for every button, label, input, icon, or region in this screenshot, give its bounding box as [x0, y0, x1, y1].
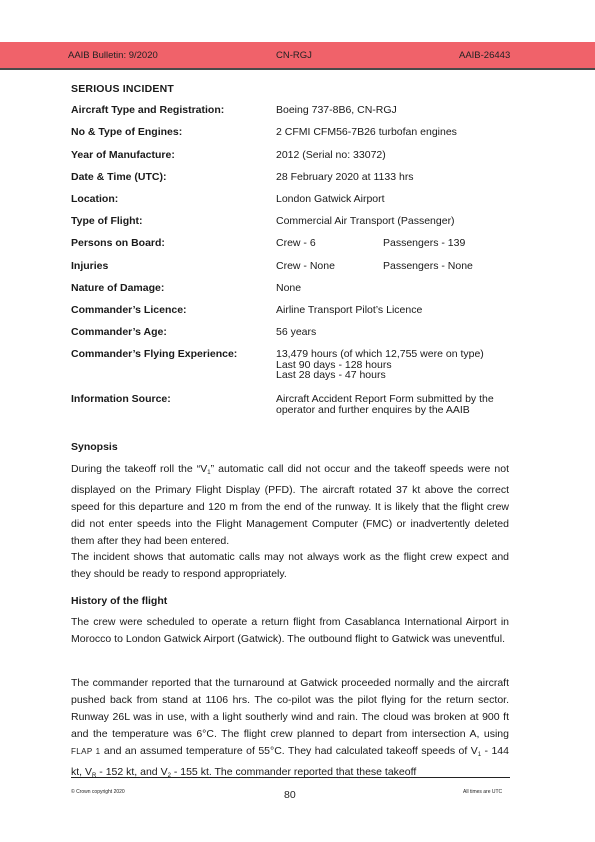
fact-value-line: operator and further enquires by the AAI… — [276, 405, 470, 417]
fact-label: Injuries — [71, 261, 108, 273]
history-paragraph-2: The commander reported that the turnarou… — [71, 675, 509, 784]
fact-value-secondary: Passengers - None — [383, 261, 473, 273]
footer-copyright: © Crown copyright 2020 — [71, 789, 125, 795]
fact-label: Location: — [71, 194, 118, 206]
incident-classification-title: SERIOUS INCIDENT — [71, 83, 174, 95]
fact-value: 2012 (Serial no: 33072) — [276, 150, 386, 162]
fact-value: None — [276, 283, 301, 295]
fact-value: Airline Transport Pilot’s Licence — [276, 305, 422, 317]
footer-time-note: All times are UTC — [463, 789, 502, 795]
fact-label: Aircraft Type and Registration: — [71, 105, 224, 117]
text-run: ” automatic call did not occur and the t… — [71, 463, 509, 547]
fact-label: Nature of Damage: — [71, 283, 164, 295]
history-paragraph-1: The crew were scheduled to operate a ret… — [71, 614, 509, 648]
report-reference: AAIB-26443 — [459, 50, 510, 61]
synopsis-paragraph-1: During the takeoff roll the “V1” automat… — [71, 461, 509, 550]
fact-value: Crew - None — [276, 261, 335, 273]
fact-label: Type of Flight: — [71, 216, 143, 228]
fact-label: Commander’s Flying Experience: — [71, 349, 237, 361]
synopsis-paragraph-2: The incident shows that automatic calls … — [71, 549, 509, 583]
fact-label: Commander’s Age: — [71, 327, 167, 339]
bulletin-number: AAIB Bulletin: 9/2020 — [68, 50, 158, 61]
fact-value: Crew - 6 — [276, 238, 316, 250]
fact-value: Boeing 737-8B6, CN-RGJ — [276, 105, 397, 117]
text-run: - 155 kt. The commander reported that th… — [171, 766, 416, 778]
fact-value: 2 CFMI CFM56-7B26 turbofan engines — [276, 127, 457, 139]
synopsis-heading: Synopsis — [71, 441, 118, 453]
text-run: and an assumed temperature of 55°C. They… — [100, 745, 477, 757]
fact-label: Date & Time (UTC): — [71, 172, 166, 184]
text-run: The commander reported that the turnarou… — [71, 677, 509, 740]
fact-value: Commercial Air Transport (Passenger) — [276, 216, 455, 228]
fact-label: Persons on Board: — [71, 238, 165, 250]
fact-label: Commander’s Licence: — [71, 305, 187, 317]
bulletin-header-band: AAIB Bulletin: 9/2020 CN-RGJ AAIB-26443 — [0, 42, 595, 70]
text-run: - 152 kt, and V — [96, 766, 167, 778]
fact-value: London Gatwick Airport — [276, 194, 385, 206]
fact-label: Information Source: — [71, 394, 171, 406]
fact-label: Year of Manufacture: — [71, 150, 175, 162]
fact-value-line: Last 28 days - 47 hours — [276, 370, 386, 382]
footer-divider — [71, 777, 510, 778]
flap-setting: FLAP 1 — [71, 747, 100, 756]
history-heading: History of the flight — [71, 595, 167, 607]
fact-value: 56 years — [276, 327, 316, 339]
fact-value-secondary: Passengers - 139 — [383, 238, 465, 250]
fact-value: 28 February 2020 at 1133 hrs — [276, 172, 414, 184]
page-number: 80 — [284, 789, 296, 801]
fact-label: No & Type of Engines: — [71, 127, 182, 139]
aircraft-registration: CN-RGJ — [276, 50, 312, 61]
text-run: During the takeoff roll the “V — [71, 463, 207, 475]
